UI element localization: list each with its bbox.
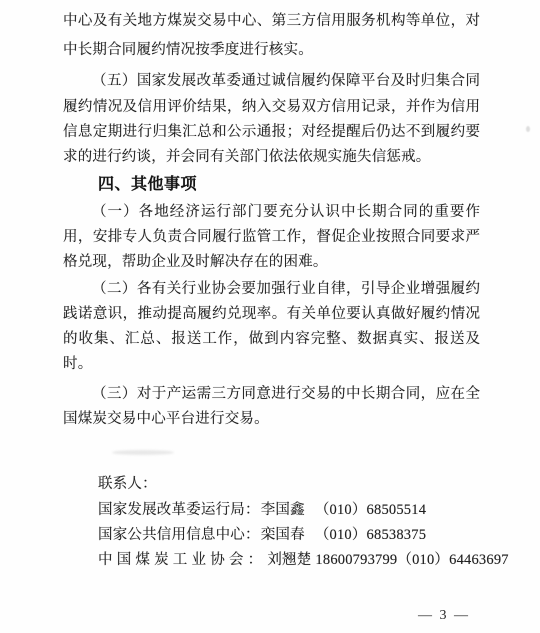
contact-entry: 国家发展改革委运行局：李国鑫（010）68505514: [63, 498, 480, 523]
scan-smudge-artifact: [112, 450, 174, 455]
contact-entry: 国家公共信用信息中心：栾国春（010）68538375: [63, 523, 480, 548]
scanned-document-page: 中心及有关地方煤炭交易中心、第三方信用服务机构等单位，对 中长期合同履约情况按季…: [0, 0, 540, 633]
contact-org: 国家公共信用信息中心：: [98, 527, 260, 543]
document-line: 践诺意识，推动提高履约兑现率。有关单位要认真做好履约情况: [63, 302, 480, 327]
document-line: 的收集、汇总、报送工作，做到内容完整、数据真实、报送及: [63, 327, 480, 352]
contact-org: 中国煤炭工业协会：: [98, 552, 266, 568]
document-line: 中长期合同履约情况按季度进行核实。: [63, 38, 480, 63]
contact-org: 国家发展改革委运行局：: [98, 502, 260, 518]
document-line: 中心及有关地方煤炭交易中心、第三方信用服务机构等单位，对: [63, 9, 480, 34]
contact-phone: （010）68538375: [315, 527, 426, 543]
document-line: 信息定期进行归集汇总和公示通报；对经提醒后仍达不到履约要: [63, 120, 480, 145]
scan-speck-artifact: [526, 126, 530, 132]
document-text-block: 中心及有关地方煤炭交易中心、第三方信用服务机构等单位，对 中长期合同履约情况按季…: [63, 0, 480, 633]
document-line: （五）国家发展改革委通过诚信履约保障平台及时归集合同: [63, 69, 480, 94]
document-line: （三）对于产运需三方同意进行交易的中长期合同，应在全: [63, 382, 480, 407]
document-line: 求的进行约谈，并会同有关部门依法依规实施失信惩戒。: [63, 145, 480, 170]
contact-name: 栾国春: [261, 527, 305, 543]
contact-entry: 中国煤炭工业协会：刘翘楚18600793799（010）64463697: [63, 548, 480, 573]
document-line: 时。: [63, 352, 480, 377]
document-line: （二）各有关行业协会要加强行业自律，引导企业增强履约: [63, 277, 480, 302]
contact-name: 李国鑫: [261, 502, 305, 518]
contact-label: 联系人：: [63, 472, 480, 497]
document-line: （一）各地经济运行部门要充分认识中长期合同的重要作: [63, 200, 480, 225]
document-line: 国煤炭交易中心平台进行交易。: [63, 407, 480, 432]
contact-phone: （010）68505514: [315, 502, 426, 518]
section-heading: 四、其他事项: [63, 172, 480, 197]
document-line: 用，安排专人负责合同履行监管工作，督促企业按照合同要求严: [63, 225, 480, 250]
document-line: 格兑现，帮助企业及时解决存在的困难。: [63, 250, 480, 275]
document-line: 履约情况及信用评价结果，纳入交易双方信用记录，并作为信用: [63, 95, 480, 120]
contact-phone: 18600793799（010）64463697: [315, 552, 508, 568]
page-number: — 3 —: [418, 603, 470, 628]
contact-name: 刘翘楚: [267, 552, 311, 568]
